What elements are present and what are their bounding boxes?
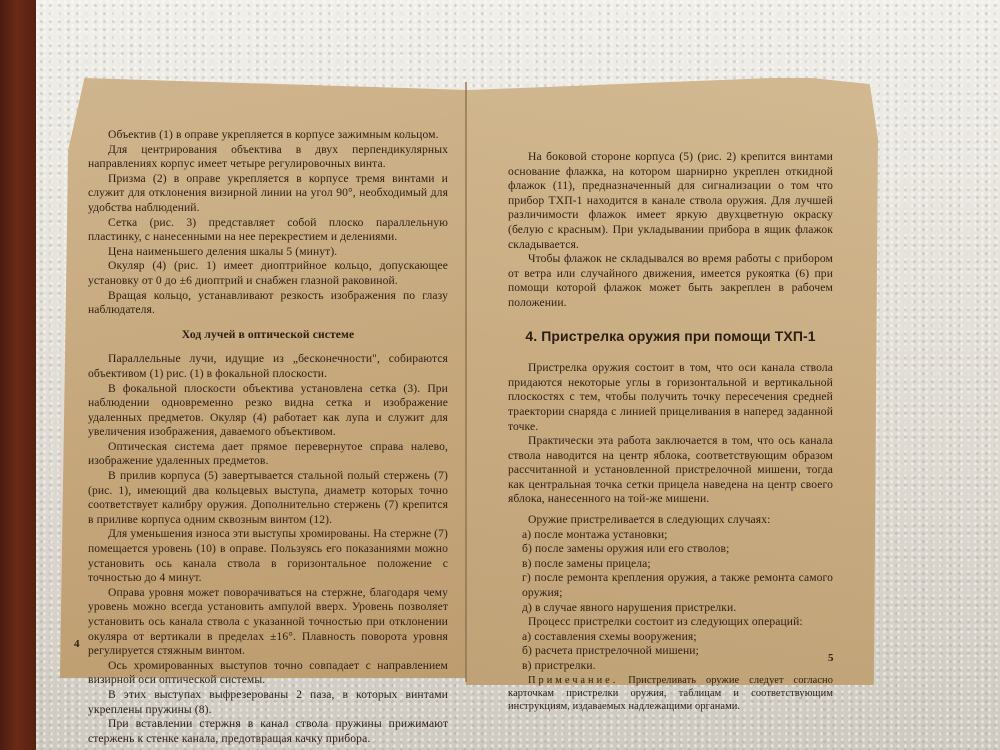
paragraph: В этих выступах выфрезерованы 2 паза, в …: [88, 688, 448, 717]
cases-list: а) после монтажа установки;б) после заме…: [508, 528, 833, 616]
operations-list: а) составления схемы вооружения;б) расче…: [508, 630, 833, 674]
paragraph: Для уменьшения износа эти выступы хромир…: [88, 527, 448, 585]
left-top-paragraphs: Объектив (1) в оправе укрепляется в корп…: [88, 128, 448, 318]
paragraph: Объектив (1) в оправе укрепляется в корп…: [88, 128, 448, 143]
note: Примечание. Пристреливать оружие следует…: [508, 674, 833, 713]
paragraph: Чтобы флажок не складывался во время раб…: [508, 252, 833, 310]
right-mid-paragraphs: Пристрелка оружия состоит в том, что оси…: [508, 361, 833, 507]
paragraph: На боковой стороне корпуса (5) (рис. 2) …: [508, 150, 833, 252]
left-bottom-paragraphs: Параллельные лучи, идущие из „бесконечно…: [88, 352, 448, 746]
list-item: а) составления схемы вооружения;: [508, 630, 833, 645]
list-item: в) после замены прицела;: [508, 557, 833, 572]
section-heading-optics: Ход лучей в оптической системе: [88, 328, 448, 343]
cases-intro: Оружие пристреливается в следующих случа…: [508, 513, 833, 528]
paragraph: Параллельные лучи, идущие из „бесконечно…: [88, 352, 448, 381]
paragraph: В фокальной плоскости объектива установл…: [88, 382, 448, 440]
page-number-right: 5: [828, 652, 834, 664]
ops-intro: Процесс пристрелки состоит из следующих …: [508, 615, 833, 630]
list-item: в) пристрелки.: [508, 659, 833, 674]
list-item: б) расчета пристрелочной мишени;: [508, 644, 833, 659]
right-page-text: На боковой стороне корпуса (5) (рис. 2) …: [508, 150, 833, 713]
paragraph: Окуляр (4) (рис. 1) имеет диоптрийное ко…: [88, 259, 448, 288]
paragraph: Пристрелка оружия состоит в том, что оси…: [508, 361, 833, 434]
paragraph: В прилив корпуса (5) завертывается сталь…: [88, 469, 448, 527]
paragraph: Призма (2) в оправе укрепляется в корпус…: [88, 172, 448, 216]
paragraph: Цена наименьшего деления шкалы 5 (минут)…: [88, 245, 448, 260]
paragraph: Оправа уровня может поворачиваться на ст…: [88, 586, 448, 659]
paragraph: Для центрирования объектива в двух перпе…: [88, 143, 448, 172]
list-item: б) после замены оружия или его стволов;: [508, 542, 833, 557]
paragraph: Вращая кольцо, устанавливают резкость из…: [88, 289, 448, 318]
paragraph: Сетка (рис. 3) представляет собой плоско…: [88, 216, 448, 245]
section-heading-zeroing: 4. Пристрелка оружия при помощи ТХП-1: [508, 329, 833, 344]
booklet-spine: [465, 82, 467, 682]
paragraph: Ось хромированных выступов точно совпада…: [88, 659, 448, 688]
left-page-text: Объектив (1) в оправе укрепляется в корп…: [88, 128, 448, 746]
list-item: а) после монтажа установки;: [508, 528, 833, 543]
list-item: д) в случае явного нарушения пристрелки.: [508, 601, 833, 616]
right-top-paragraphs: На боковой стороне корпуса (5) (рис. 2) …: [508, 150, 833, 311]
paragraph: При вставлении стержня в канал ствола пр…: [88, 717, 448, 746]
list-item: г) после ремонта крепления оружия, а так…: [508, 571, 833, 600]
page-number-left: 4: [74, 638, 80, 650]
paragraph: Практически эта работа заключается в том…: [508, 434, 833, 507]
paragraph: Оптическая система дает прямое переверну…: [88, 440, 448, 469]
note-label: Примечание.: [528, 675, 618, 686]
